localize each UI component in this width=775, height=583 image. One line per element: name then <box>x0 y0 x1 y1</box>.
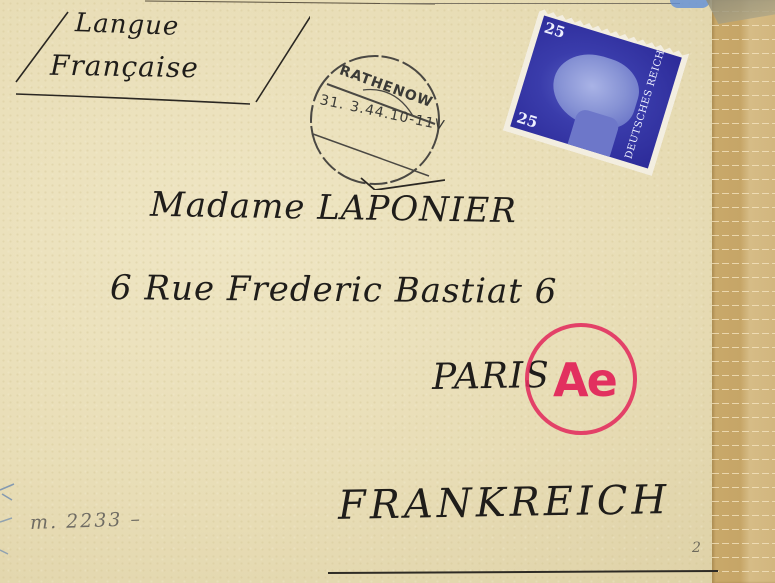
address-recipient: Madame LAPONIER <box>150 185 517 231</box>
stamp-value-bottom: 25 <box>515 108 540 131</box>
censor-mark-text: Ae <box>553 353 616 407</box>
censor-tape-strip <box>712 0 775 583</box>
address-street: 6 Rue Frederic Bastiat 6 <box>110 268 558 312</box>
address-country: FRANKREICH <box>338 477 671 529</box>
envelope: Langue Française RATHENOW 31. 3.44.10-11… <box>0 0 775 583</box>
stamp-value-top: 25 <box>542 19 567 42</box>
blue-ink-marks <box>0 470 18 580</box>
country-suffix: 2 <box>692 540 702 556</box>
pencil-note: m. 2233 – <box>30 508 143 534</box>
label-francaise: Française <box>50 49 199 85</box>
blue-paper-scrap <box>670 0 710 8</box>
label-langue: Langue <box>75 8 180 42</box>
flap-edge-line <box>380 3 680 4</box>
